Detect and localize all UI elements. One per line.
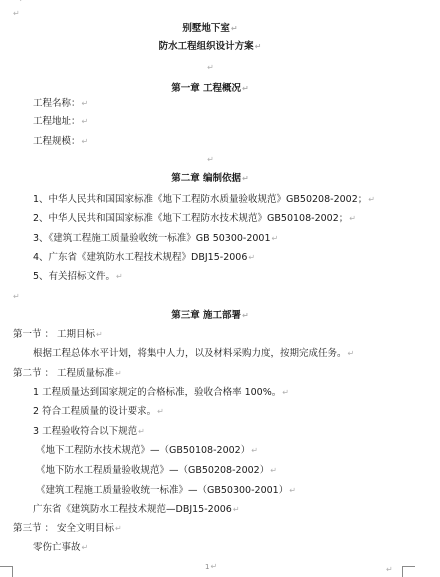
- paragraph-mark: ↵: [270, 466, 277, 475]
- basis-item-2: 2、中华人民共和国国家标准《地下工程防水技术规范》GB50108-2002；↵: [33, 213, 356, 225]
- page-corner-mark-left: [0, 566, 13, 577]
- paragraph-mark: ↵: [282, 388, 289, 397]
- section-heading-3: 第三节 ： 安全文明目标↵: [13, 523, 122, 535]
- list-item-text: 1 工程质量达到国家规定的合格标准，验收合格率 100%。: [33, 387, 281, 398]
- page-corner-mark-right: [402, 566, 415, 577]
- empty-paragraph: ↵: [0, 154, 420, 166]
- list-item-text: 1、中华人民共和国国家标准《地下工程防水质量验收规范》GB50208-2002；: [33, 194, 367, 205]
- paragraph-mark: ↵: [115, 369, 122, 378]
- paragraph-mark: ↵: [255, 42, 262, 51]
- paragraph-text: 零伤亡事故: [33, 542, 81, 553]
- list-item-text: 3、《建筑工程施工质量验收统一标准》GB 50300-2001: [33, 233, 271, 244]
- project-name-field: 工程名称：↵: [33, 98, 88, 110]
- chapter-heading-2: 第二章 编制依据↵: [0, 173, 420, 185]
- section-title: 第二节 ： 工程质量标准: [13, 368, 114, 379]
- paragraph-mark: ↵: [115, 524, 122, 533]
- paragraph-mark: ↵: [242, 311, 249, 320]
- paragraph-mark: ↵: [157, 407, 164, 416]
- paragraph-mark: ↵: [210, 562, 217, 571]
- paragraph-mark: ↵: [138, 427, 145, 436]
- project-scale-field: 工程规模：↵: [33, 136, 88, 148]
- list-item-text: 5、有关招标文件。: [33, 271, 115, 282]
- paragraph-mark: ↵: [242, 174, 249, 183]
- paragraph-mark: ↵: [13, 8, 20, 20]
- list-item-text: 4、广东省《建筑防水工程技术规程》DBJ15-2006: [33, 252, 247, 263]
- footer-paragraph-mark: ↵: [385, 564, 393, 576]
- paragraph-mark: ↵: [82, 543, 89, 552]
- empty-paragraph: ↵: [12, 291, 20, 303]
- title-text: 别墅地下室: [182, 23, 230, 34]
- field-label: 工程规模：: [33, 136, 81, 147]
- list-item-text: 广东省《建筑防水工程技术规范—DBJ15-2006: [33, 504, 232, 515]
- title-text: 防水工程组织设计方案: [159, 41, 254, 52]
- chapter-heading-3: 第三章 施工部署↵: [0, 310, 420, 322]
- list-item-text: 2、中华人民共和国国家标准《地下工程防水技术规范》GB50108-2002；: [33, 213, 348, 224]
- quality-item-2: 2 符合工程质量的设计要求。↵: [33, 406, 164, 418]
- list-item-text: 2 符合工程质量的设计要求。: [33, 406, 156, 417]
- paragraph-mark: ↵: [207, 63, 214, 72]
- paragraph-mark: ↵: [207, 155, 214, 164]
- page-number-text: 1: [205, 563, 209, 571]
- paragraph-mark: ↵: [242, 84, 249, 93]
- project-address-field: 工程地址：↵: [33, 116, 88, 128]
- basis-item-5: 5、有关招标文件。↵: [33, 271, 123, 283]
- chapter-heading-text: 第三章 施工部署: [171, 310, 241, 321]
- chapter-heading-1: 第一章 工程概况↵: [0, 83, 420, 95]
- basis-item-1: 1、中华人民共和国国家标准《地下工程防水质量验收规范》GB50208-2002；…: [33, 194, 375, 206]
- paragraph-mark: ↵: [116, 272, 123, 281]
- quality-item-1: 1 工程质量达到国家规定的合格标准，验收合格率 100%。↵: [33, 387, 289, 399]
- paragraph-mark: ↵: [289, 486, 296, 495]
- safety-goal-text: 零伤亡事故↵: [33, 542, 88, 554]
- section-title: 第三节 ： 安全文明目标: [13, 523, 114, 534]
- list-item-text: 3 工程验收符合以下规范: [33, 426, 137, 437]
- paragraph-mark: ↵: [386, 565, 393, 574]
- paragraph-mark: ↵: [248, 253, 255, 262]
- document-title-line1: 别墅地下室↵: [0, 23, 420, 35]
- section-heading-2: 第二节 ： 工程质量标准↵: [13, 368, 122, 380]
- spec-item-2: 《地下防水工程质量验收规范》—（GB50208-2002）↵: [36, 465, 277, 477]
- paragraph-mark: ↵: [82, 99, 89, 108]
- spec-item-3: 《建筑工程施工质量验收统一标准》—（GB50300-2001）↵: [36, 485, 296, 497]
- basis-item-3: 3、《建筑工程施工质量验收统一标准》GB 50300-2001↵: [33, 233, 278, 245]
- spec-item-1: 《地下工程防水技术规范》—（GB50108-2002）↵: [36, 445, 258, 457]
- list-item-text: 《地下防水工程质量验收规范》—（GB50208-2002）: [36, 465, 269, 476]
- paragraph-mark: ↵: [82, 117, 89, 126]
- list-item-text: 《地下工程防水技术规范》—（GB50108-2002）: [36, 445, 250, 456]
- field-label: 工程名称：: [33, 98, 81, 109]
- paragraph-mark: ↵: [19, 0, 26, 6]
- paragraph-mark: ↵: [349, 214, 356, 223]
- field-label: 工程地址：: [33, 116, 81, 127]
- section-title: 第一节 ： 工期目标: [13, 329, 95, 340]
- paragraph-mark: ↵: [231, 24, 238, 33]
- paragraph-mark: ↵: [233, 505, 240, 514]
- basis-item-4: 4、广东省《建筑防水工程技术规程》DBJ15-2006↵: [33, 252, 255, 264]
- paragraph-mark: ↵: [251, 446, 258, 455]
- schedule-goal-text: 根据工程总体水平计划，将集中人力，以及材料采购力度，按期完成任务。↵: [33, 348, 354, 360]
- paragraph-text: 根据工程总体水平计划，将集中人力，以及材料采购力度，按期完成任务。: [33, 348, 347, 359]
- document-page: ↵ ↵ 别墅地下室↵ 防水工程组织设计方案↵ ↵ 第一章 工程概况↵ 工程名称：…: [0, 0, 440, 577]
- chapter-heading-text: 第一章 工程概况: [171, 83, 241, 94]
- paragraph-mark: ↵: [368, 195, 375, 204]
- section-heading-1: 第一节 ： 工期目标↵: [13, 329, 103, 341]
- list-item-text: 《建筑工程施工质量验收统一标准》—（GB50300-2001）: [36, 485, 288, 496]
- quality-item-3: 3 工程验收符合以下规范↵: [33, 426, 145, 438]
- paragraph-mark: ↵: [82, 137, 89, 146]
- paragraph-mark: ↵: [348, 349, 355, 358]
- paragraph-mark: ↵: [13, 292, 20, 301]
- paragraph-mark: ↵: [96, 330, 103, 339]
- paragraph-mark: ↵: [272, 234, 279, 243]
- page-number: 1↵: [205, 561, 217, 573]
- spec-item-4: 广东省《建筑防水工程技术规范—DBJ15-2006↵: [33, 504, 240, 516]
- document-title-line2: 防水工程组织设计方案↵: [0, 41, 420, 53]
- chapter-heading-text: 第二章 编制依据: [171, 173, 241, 184]
- empty-paragraph: ↵: [0, 62, 420, 74]
